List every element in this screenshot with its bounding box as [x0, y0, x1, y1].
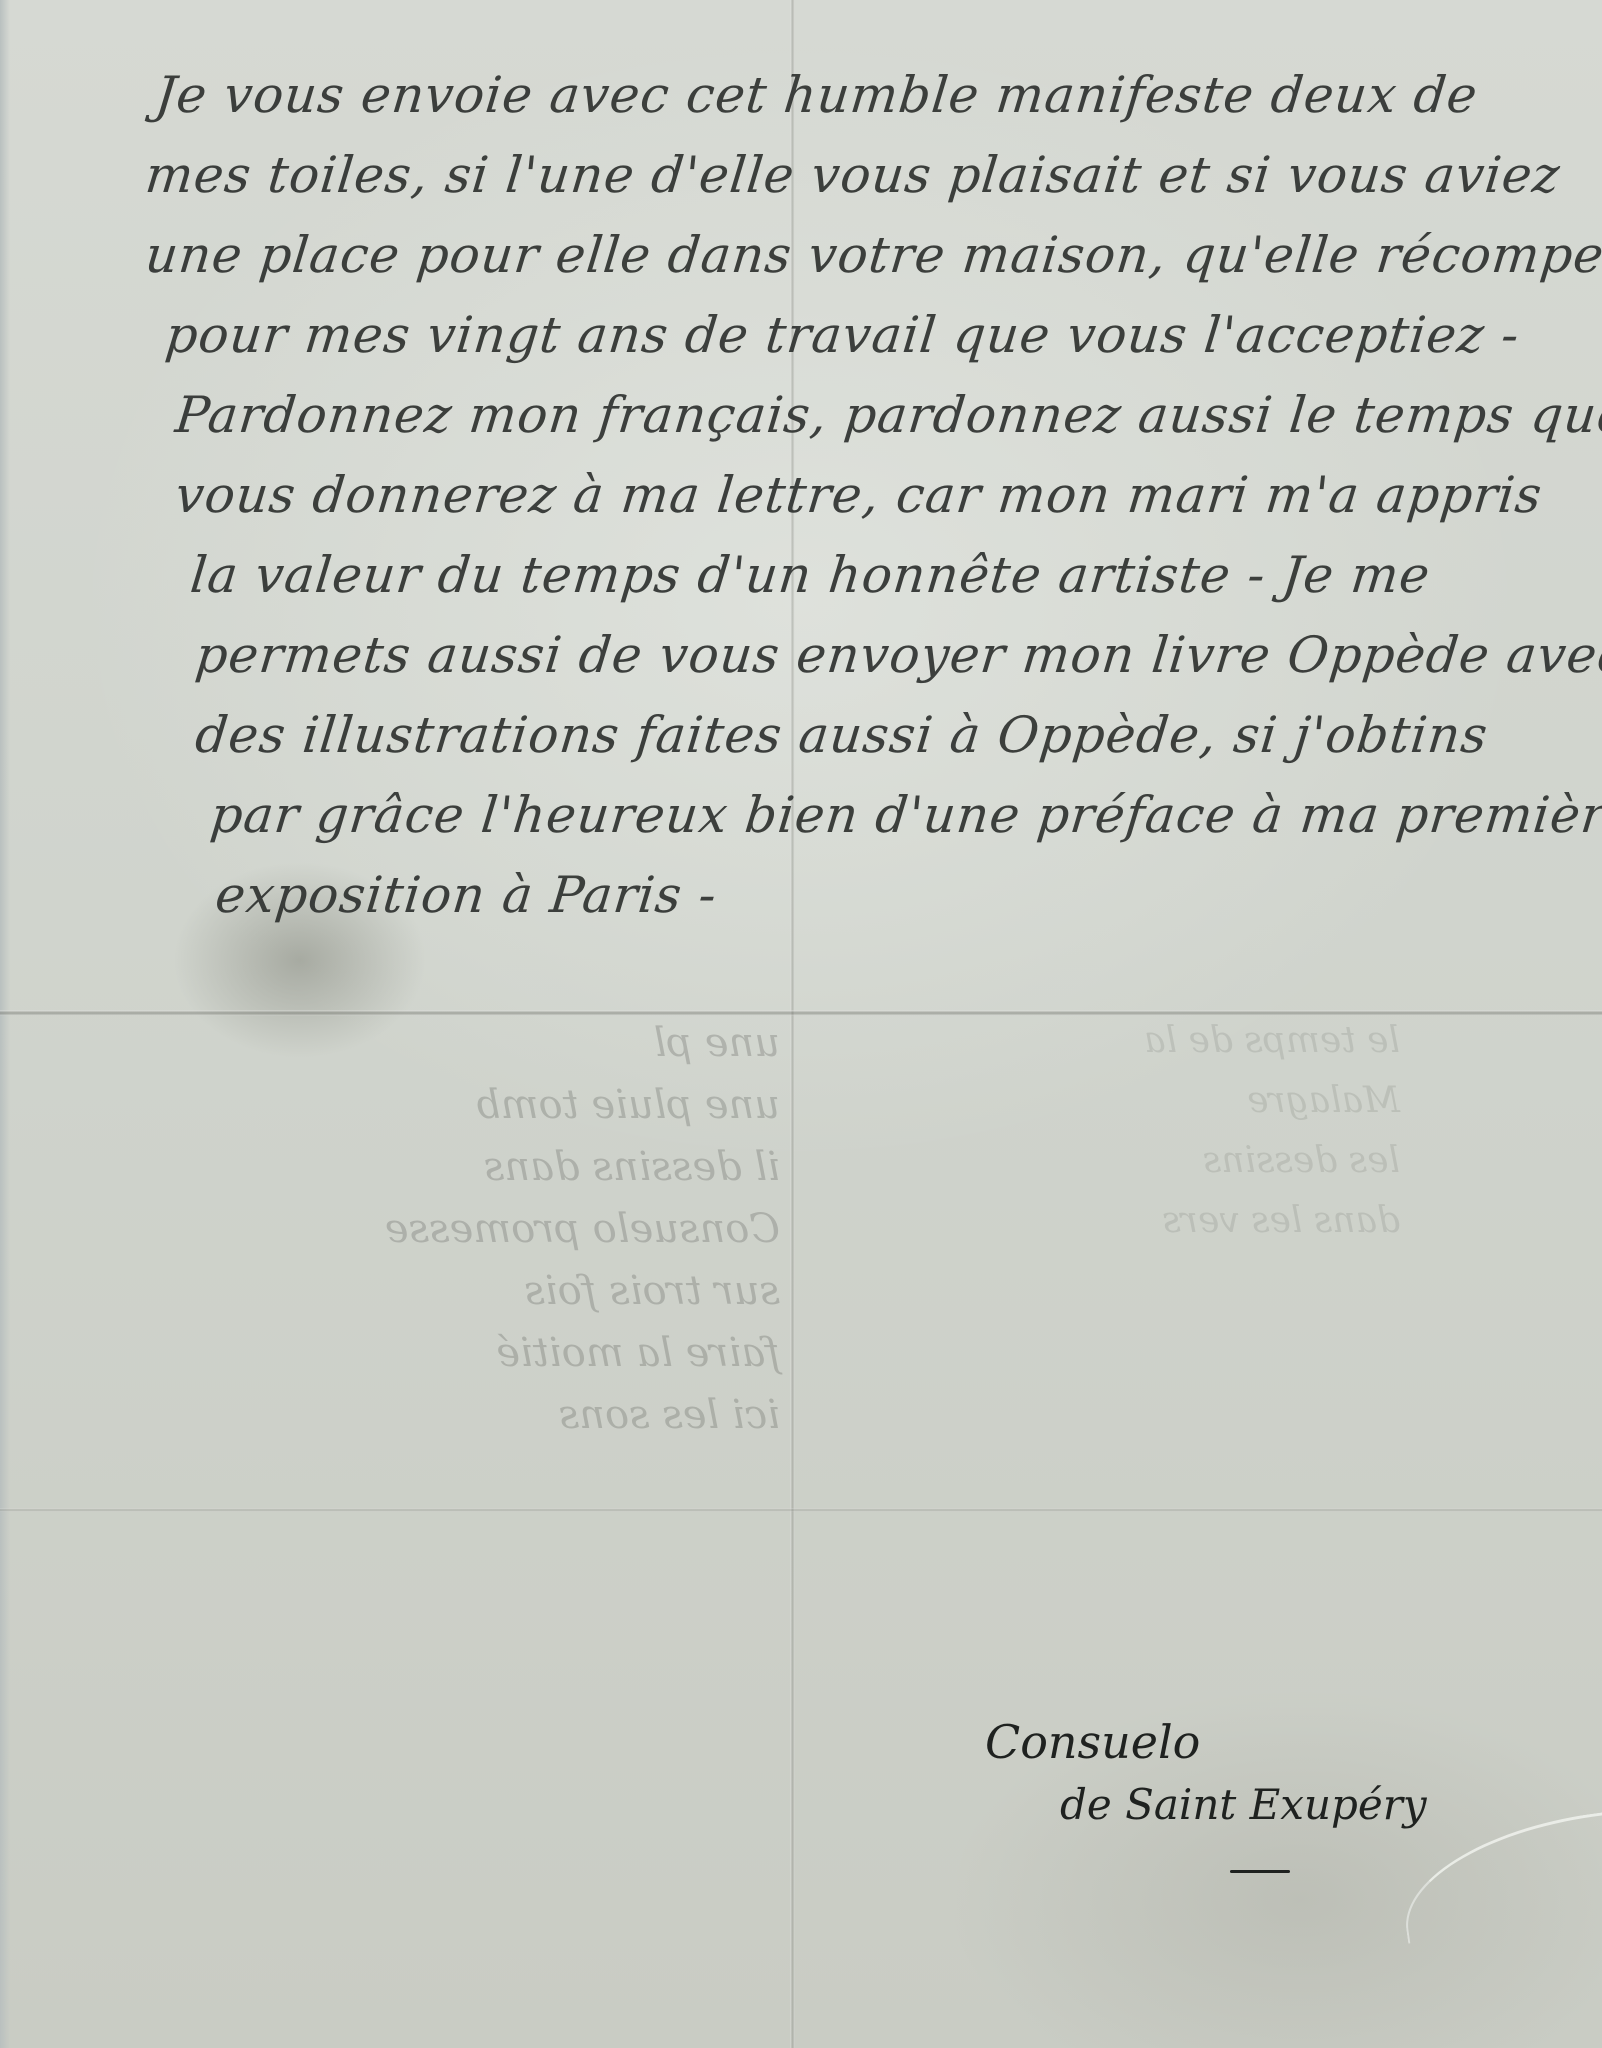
reverse-side-bleed-through: une pl une pluie tomb il dessins dans Co… — [20, 1020, 780, 1490]
letter-line: Je vous envoie avec cet humble manifeste… — [150, 70, 1578, 150]
letter-line: une place pour elle dans votre maison, q… — [140, 230, 1578, 310]
letter-line: Pardonnez mon français, pardonnez aussi … — [170, 390, 1578, 470]
letter-line: permets aussi de vous envoyer mon livre … — [190, 630, 1578, 710]
signature-last-name: de Saint Exupéry — [1060, 1780, 1427, 1829]
lower-fold-line — [0, 1508, 1602, 1512]
reverse-side-bleed-through-right: le temps de la Malagre les dessins dans … — [800, 1020, 1400, 1490]
letter-line: pour mes vingt ans de travail que vous l… — [160, 310, 1578, 390]
letter-line: la valeur du temps d'un honnête artiste … — [185, 550, 1578, 630]
signature-first-name: Consuelo — [985, 1715, 1200, 1769]
letter-body: Je vous envoie avec cet humble manifeste… — [150, 70, 1570, 950]
letter-line: par grâce l'heureux bien d'une préface à… — [205, 790, 1578, 870]
letter-paper: une pl une pluie tomb il dessins dans Co… — [0, 0, 1602, 2048]
letter-line: des illustrations faites aussi à Oppède,… — [190, 710, 1578, 790]
horizontal-fold-line — [0, 1010, 1602, 1016]
letter-line: exposition à Paris - — [210, 870, 1578, 950]
letter-line: mes toiles, si l'une d'elle vous plaisai… — [140, 150, 1578, 230]
paper-edge — [0, 0, 10, 2048]
signature: Consuelo de Saint Exupéry — [985, 1715, 1445, 1885]
letter-line: vous donnerez à ma lettre, car mon mari … — [170, 470, 1578, 550]
signature-underline — [1230, 1870, 1290, 1873]
